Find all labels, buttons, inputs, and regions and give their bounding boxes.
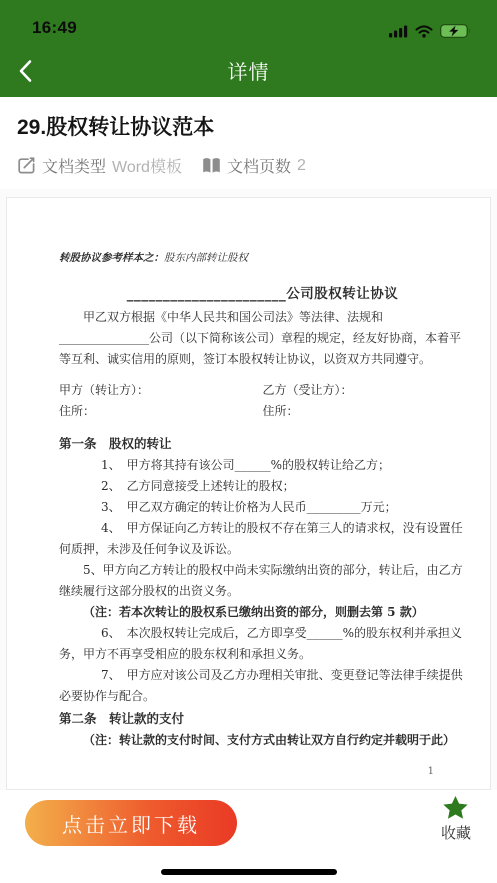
doc-list-item: 1、 甲方将其持有该公司______%的股权转让给乙方；: [59, 455, 466, 476]
doc-type-label: 文档类型: [42, 154, 106, 177]
doc-pages-value: 2: [297, 157, 306, 175]
doc-meta-row: 文档类型 Word模板 文档页数 2: [17, 154, 480, 177]
doc-list-item: 7、 甲方应对该公司及乙方办理相关审批、变更登记等法律手续提供必要协作与配合。: [59, 665, 466, 707]
doc-note-bold: 转股协议参考样本之：: [59, 252, 164, 264]
doc-list-item: 2、 乙方同意接受上述转让的股权；: [59, 476, 466, 497]
status-icons: [389, 24, 471, 38]
page-title: 详情: [228, 56, 270, 85]
download-button[interactable]: 点击立即下载: [25, 800, 237, 846]
doc-parties-row: 甲方（转让方）： 乙方（受让方）：: [59, 380, 466, 401]
star-icon: [442, 795, 469, 821]
doc-pages-group: 文档页数 2: [202, 154, 306, 177]
address-b-label: 住所：: [263, 401, 299, 422]
bottom-action-bar: 点击立即下载 收藏: [0, 790, 497, 883]
status-bar: 16:49: [0, 0, 497, 44]
doc-contract-title: ______________________公司股权转让协议: [59, 284, 466, 305]
nav-bar: 详情: [0, 44, 497, 97]
doc-section-heading: 第一条 股权的转让: [59, 434, 466, 455]
doc-list-item: 4、 甲方保证向乙方转让的股权不存在第三人的请求权，没有设置任何质押，未涉及任何…: [59, 518, 466, 560]
doc-title: 29.股权转让协议范本: [17, 111, 480, 141]
compose-icon: [17, 156, 36, 175]
doc-note-line: （注：转让款的支付时间、支付方式由转让双方自行约定并载明于此）: [59, 730, 466, 751]
doc-page-number: 1: [59, 761, 466, 782]
doc-note-line: （注：若本次转让的股权系已缴纳出资的部分，则删去第 5 款）: [59, 602, 466, 623]
document-preview[interactable]: 转股协议参考样本之：股东内部转让股权 _____________________…: [0, 189, 497, 790]
doc-list-item: 5、甲方向乙方转让的股权中尚未实际缴纳出资的部分，转让后，由乙方继续履行这部分股…: [59, 560, 466, 602]
favorite-button[interactable]: 收藏: [441, 795, 471, 843]
document-page: 转股协议参考样本之：股东内部转让股权 _____________________…: [6, 197, 491, 790]
doc-list-item: 6、 本次股权转让完成后，乙方即享受______%的股东权利并承担义务，甲方不再…: [59, 623, 466, 665]
doc-section-heading: 第二条 转让款的支付: [59, 709, 466, 730]
doc-list-item: 3、 甲乙双方确定的转让价格为人民币_________万元；: [59, 497, 466, 518]
back-button[interactable]: [14, 44, 54, 97]
home-indicator[interactable]: [161, 869, 337, 875]
doc-paragraph: 甲乙双方根据《中华人民共和国公司法》等法律、法规和_______________…: [59, 307, 466, 370]
party-a-label: 甲方（转让方）：: [59, 380, 263, 401]
address-a-label: 住所：: [59, 401, 263, 422]
doc-title-blank: ______________________: [127, 286, 287, 302]
doc-type-group: 文档类型 Word模板: [17, 154, 182, 177]
chevron-left-icon: [18, 59, 32, 83]
doc-pages-label: 文档页数: [227, 154, 291, 177]
doc-header: 29.股权转让协议范本 文档类型 Word模板: [0, 97, 497, 189]
wifi-icon: [415, 25, 433, 38]
doc-type-value: Word模板: [112, 154, 182, 177]
doc-title-text: 公司股权转让协议: [286, 286, 398, 302]
app-screen: 16:49: [0, 0, 497, 883]
favorite-label: 收藏: [441, 822, 471, 843]
party-b-label: 乙方（受让方）：: [263, 380, 353, 401]
doc-paragraph: 转股协议参考样本之：股东内部转让股权: [59, 248, 466, 269]
status-time: 16:49: [32, 18, 77, 38]
doc-address-row: 住所： 住所：: [59, 401, 466, 422]
battery-charging-icon: [440, 24, 471, 38]
open-book-icon: [202, 157, 221, 174]
cellular-signal-icon: [389, 25, 408, 38]
doc-note-rest: 股东内部转让股权: [164, 252, 248, 264]
